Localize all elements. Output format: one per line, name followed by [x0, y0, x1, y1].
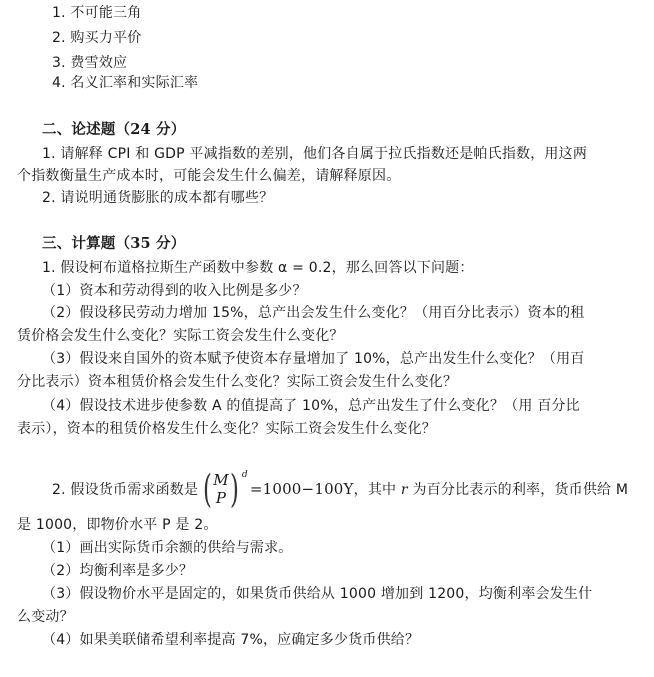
- calc-q1-part4-line1: （4）假设技术进步使参数 A 的值提高了 10%，总产出发生了什么变化？（用 百…: [42, 396, 580, 416]
- calc-q1-part3-line1: （3）假设来自国外的资本赋予使资本存量增加了 10%，总产出发生什么变化？（用百: [42, 349, 584, 369]
- term-number: 3.: [52, 55, 66, 71]
- calc-q2-part4: （4）如果美联储希望利率提高 7%，应确定多少货币供给？: [42, 630, 419, 650]
- superscript: d: [242, 470, 248, 480]
- calc-q2-part3-line2: 么变动？: [17, 607, 74, 627]
- term-item-2: 2. 购买力平价: [52, 28, 141, 48]
- variable-r: r: [401, 482, 408, 498]
- fraction: MP: [213, 471, 229, 507]
- term-text: 不可能三角: [70, 5, 141, 21]
- term-number: 2.: [52, 30, 66, 46]
- numerator: M: [213, 471, 229, 489]
- left-paren: (: [203, 467, 212, 511]
- essay-q1-line2: 个指数衡量生产成本时，可能会发生什么偏差，请解释原因。: [17, 166, 400, 186]
- calc-q1-part3-line2: 分比表示）资本租赁价格会发生什么变化？实际工资会发生什么变化？: [17, 372, 457, 392]
- section-heading-calc: 三、计算题（35 分）: [42, 234, 185, 254]
- calc-q1-intro: 1. 假设柯布道格拉斯生产函数中参数 α = 0.2，那么回答以下问题：: [42, 258, 474, 278]
- term-text: 购买力平价: [70, 30, 141, 46]
- calc-q1-part1: （1）资本和劳动得到的收入比例是多少？: [42, 281, 307, 301]
- term-item-1: 1. 不可能三角: [52, 3, 141, 23]
- calc-q2-suffix-b: 为百分比表示的利率，货币供给 M: [408, 482, 628, 498]
- term-number: 1.: [52, 5, 66, 21]
- calc-q1-part2-line1: （2）假设移民劳动力增加 15%，总产出会发生什么变化？（用百分比表示）资本的租: [42, 303, 584, 323]
- calc-q1-part2-line2: 赁价格会发生什么变化？实际工资会发生什么变化？: [17, 326, 344, 346]
- essay-q2: 2. 请说明通货膨胀的成本都有哪些？: [42, 188, 273, 208]
- calc-q2-part2: （2）均衡利率是多少？: [42, 561, 193, 581]
- section-heading-essay: 二、论述题（24 分）: [42, 120, 185, 140]
- term-text: 费雪效应: [70, 55, 127, 71]
- term-item-3: 3. 费雪效应: [52, 53, 127, 73]
- calc-q1-part4-line2: 表示），资本的租赁价格发生什么变化？实际工资会发生什么变化？: [17, 419, 436, 439]
- formula-rhs: =1000−100Y: [250, 480, 354, 498]
- term-number: 4.: [52, 75, 66, 91]
- exam-page: 1. 不可能三角 2. 购买力平价 3. 费雪效应 4. 名义汇率和实际汇率 二…: [0, 0, 654, 677]
- calc-q2-prefix: 2. 假设货币需求函数是: [52, 482, 198, 498]
- right-paren: ): [230, 467, 239, 511]
- calc-q2-line2: 是 1000，即物价水平 P 是 2。: [17, 515, 218, 535]
- term-item-4: 4. 名义汇率和实际汇率: [52, 73, 198, 93]
- term-text: 名义汇率和实际汇率: [70, 75, 198, 91]
- denominator: P: [213, 489, 229, 507]
- calc-q2-part1: （1）画出实际货币余额的供给与需求。: [42, 538, 293, 558]
- money-demand-formula: (MP)d: [200, 467, 248, 513]
- calc-q2-part3-line1: （3）假设物价水平是固定的，如果货币供给从 1000 增加到 1200，均衡利率…: [42, 584, 592, 604]
- essay-q1-line1: 1. 请解释 CPI 和 GDP 平减指数的差别，他们各自属于拉氏指数还是帕氏指…: [42, 144, 587, 164]
- calc-q2-intro: 2. 假设货币需求函数是(MP)d=1000−100Y，其中 r 为百分比表示的…: [52, 467, 628, 513]
- calc-q2-suffix-a: ，其中: [354, 482, 401, 498]
